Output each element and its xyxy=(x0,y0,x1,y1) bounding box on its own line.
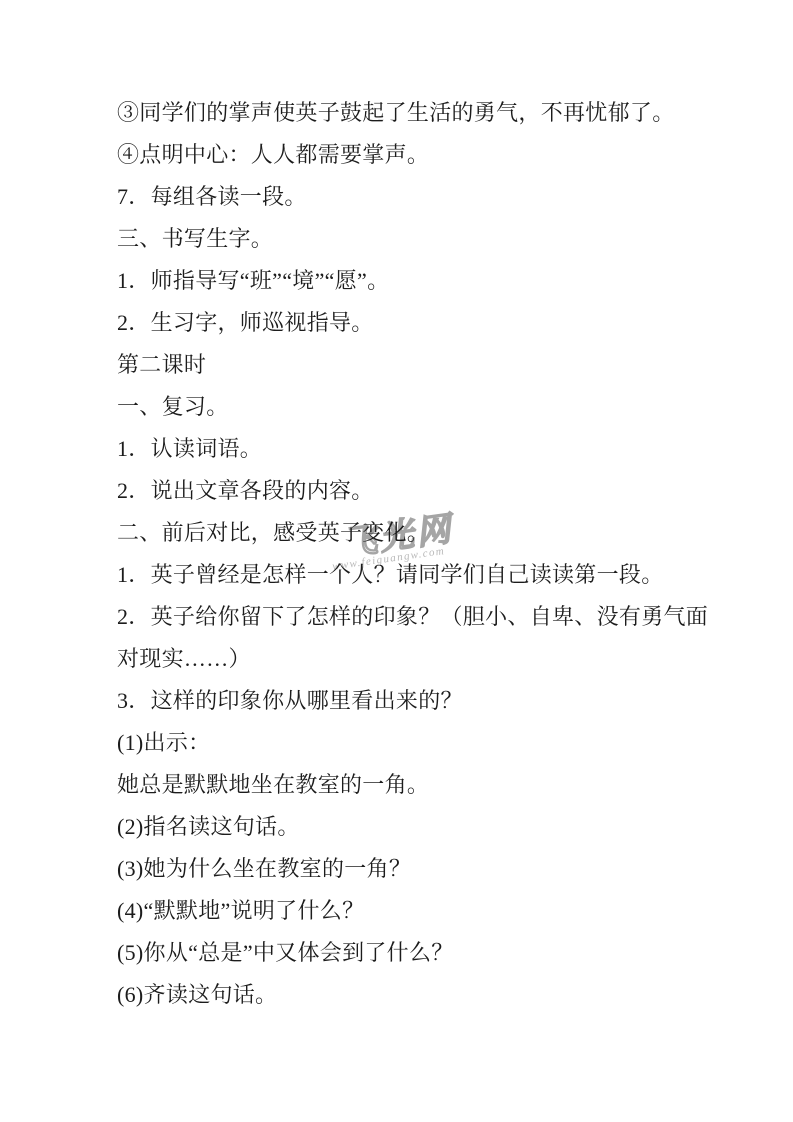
document-page: 飞光网 www.feiguangw.com ③同学们的掌声使英子鼓起了生活的勇气… xyxy=(0,0,793,1122)
text-line: 一、复习。 xyxy=(117,386,753,428)
text-line: 2．说出文章各段的内容。 xyxy=(117,470,753,512)
text-line: (3)她为什么坐在教室的一角？ xyxy=(117,848,753,890)
text-line: (6)齐读这句话。 xyxy=(117,974,753,1016)
text-line: 对现实……） xyxy=(117,638,753,680)
text-line: 1．认读词语。 xyxy=(117,428,753,470)
text-line: (4)“默默地”说明了什么？ xyxy=(117,890,753,932)
text-line: 第二课时 xyxy=(117,344,753,386)
text-line: 三、书写生字。 xyxy=(117,218,753,260)
text-line: 她总是默默地坐在教室的一角。 xyxy=(117,764,753,806)
text-line: 7．每组各读一段。 xyxy=(117,176,753,218)
text-line: ③同学们的掌声使英子鼓起了生活的勇气，不再忧郁了。 xyxy=(117,92,753,134)
text-line: 1．英子曾经是怎样一个人？请同学们自己读读第一段。 xyxy=(117,554,753,596)
text-line: 1．师指导写“班”“境”“愿”。 xyxy=(117,260,753,302)
text-line: (5)你从“总是”中又体会到了什么？ xyxy=(117,932,753,974)
document-body: ③同学们的掌声使英子鼓起了生活的勇气，不再忧郁了。④点明中心：人人都需要掌声。7… xyxy=(117,92,753,1016)
text-line: (1)出示： xyxy=(117,722,753,764)
text-line: (2)指名读这句话。 xyxy=(117,806,753,848)
text-line: 3．这样的印象你从哪里看出来的？ xyxy=(117,680,753,722)
text-line: 二、前后对比，感受英子变化。 xyxy=(117,512,753,554)
text-line: 2．英子给你留下了怎样的印象？（胆小、自卑、没有勇气面 xyxy=(117,596,753,638)
text-line: 2．生习字，师巡视指导。 xyxy=(117,302,753,344)
text-line: ④点明中心：人人都需要掌声。 xyxy=(117,134,753,176)
